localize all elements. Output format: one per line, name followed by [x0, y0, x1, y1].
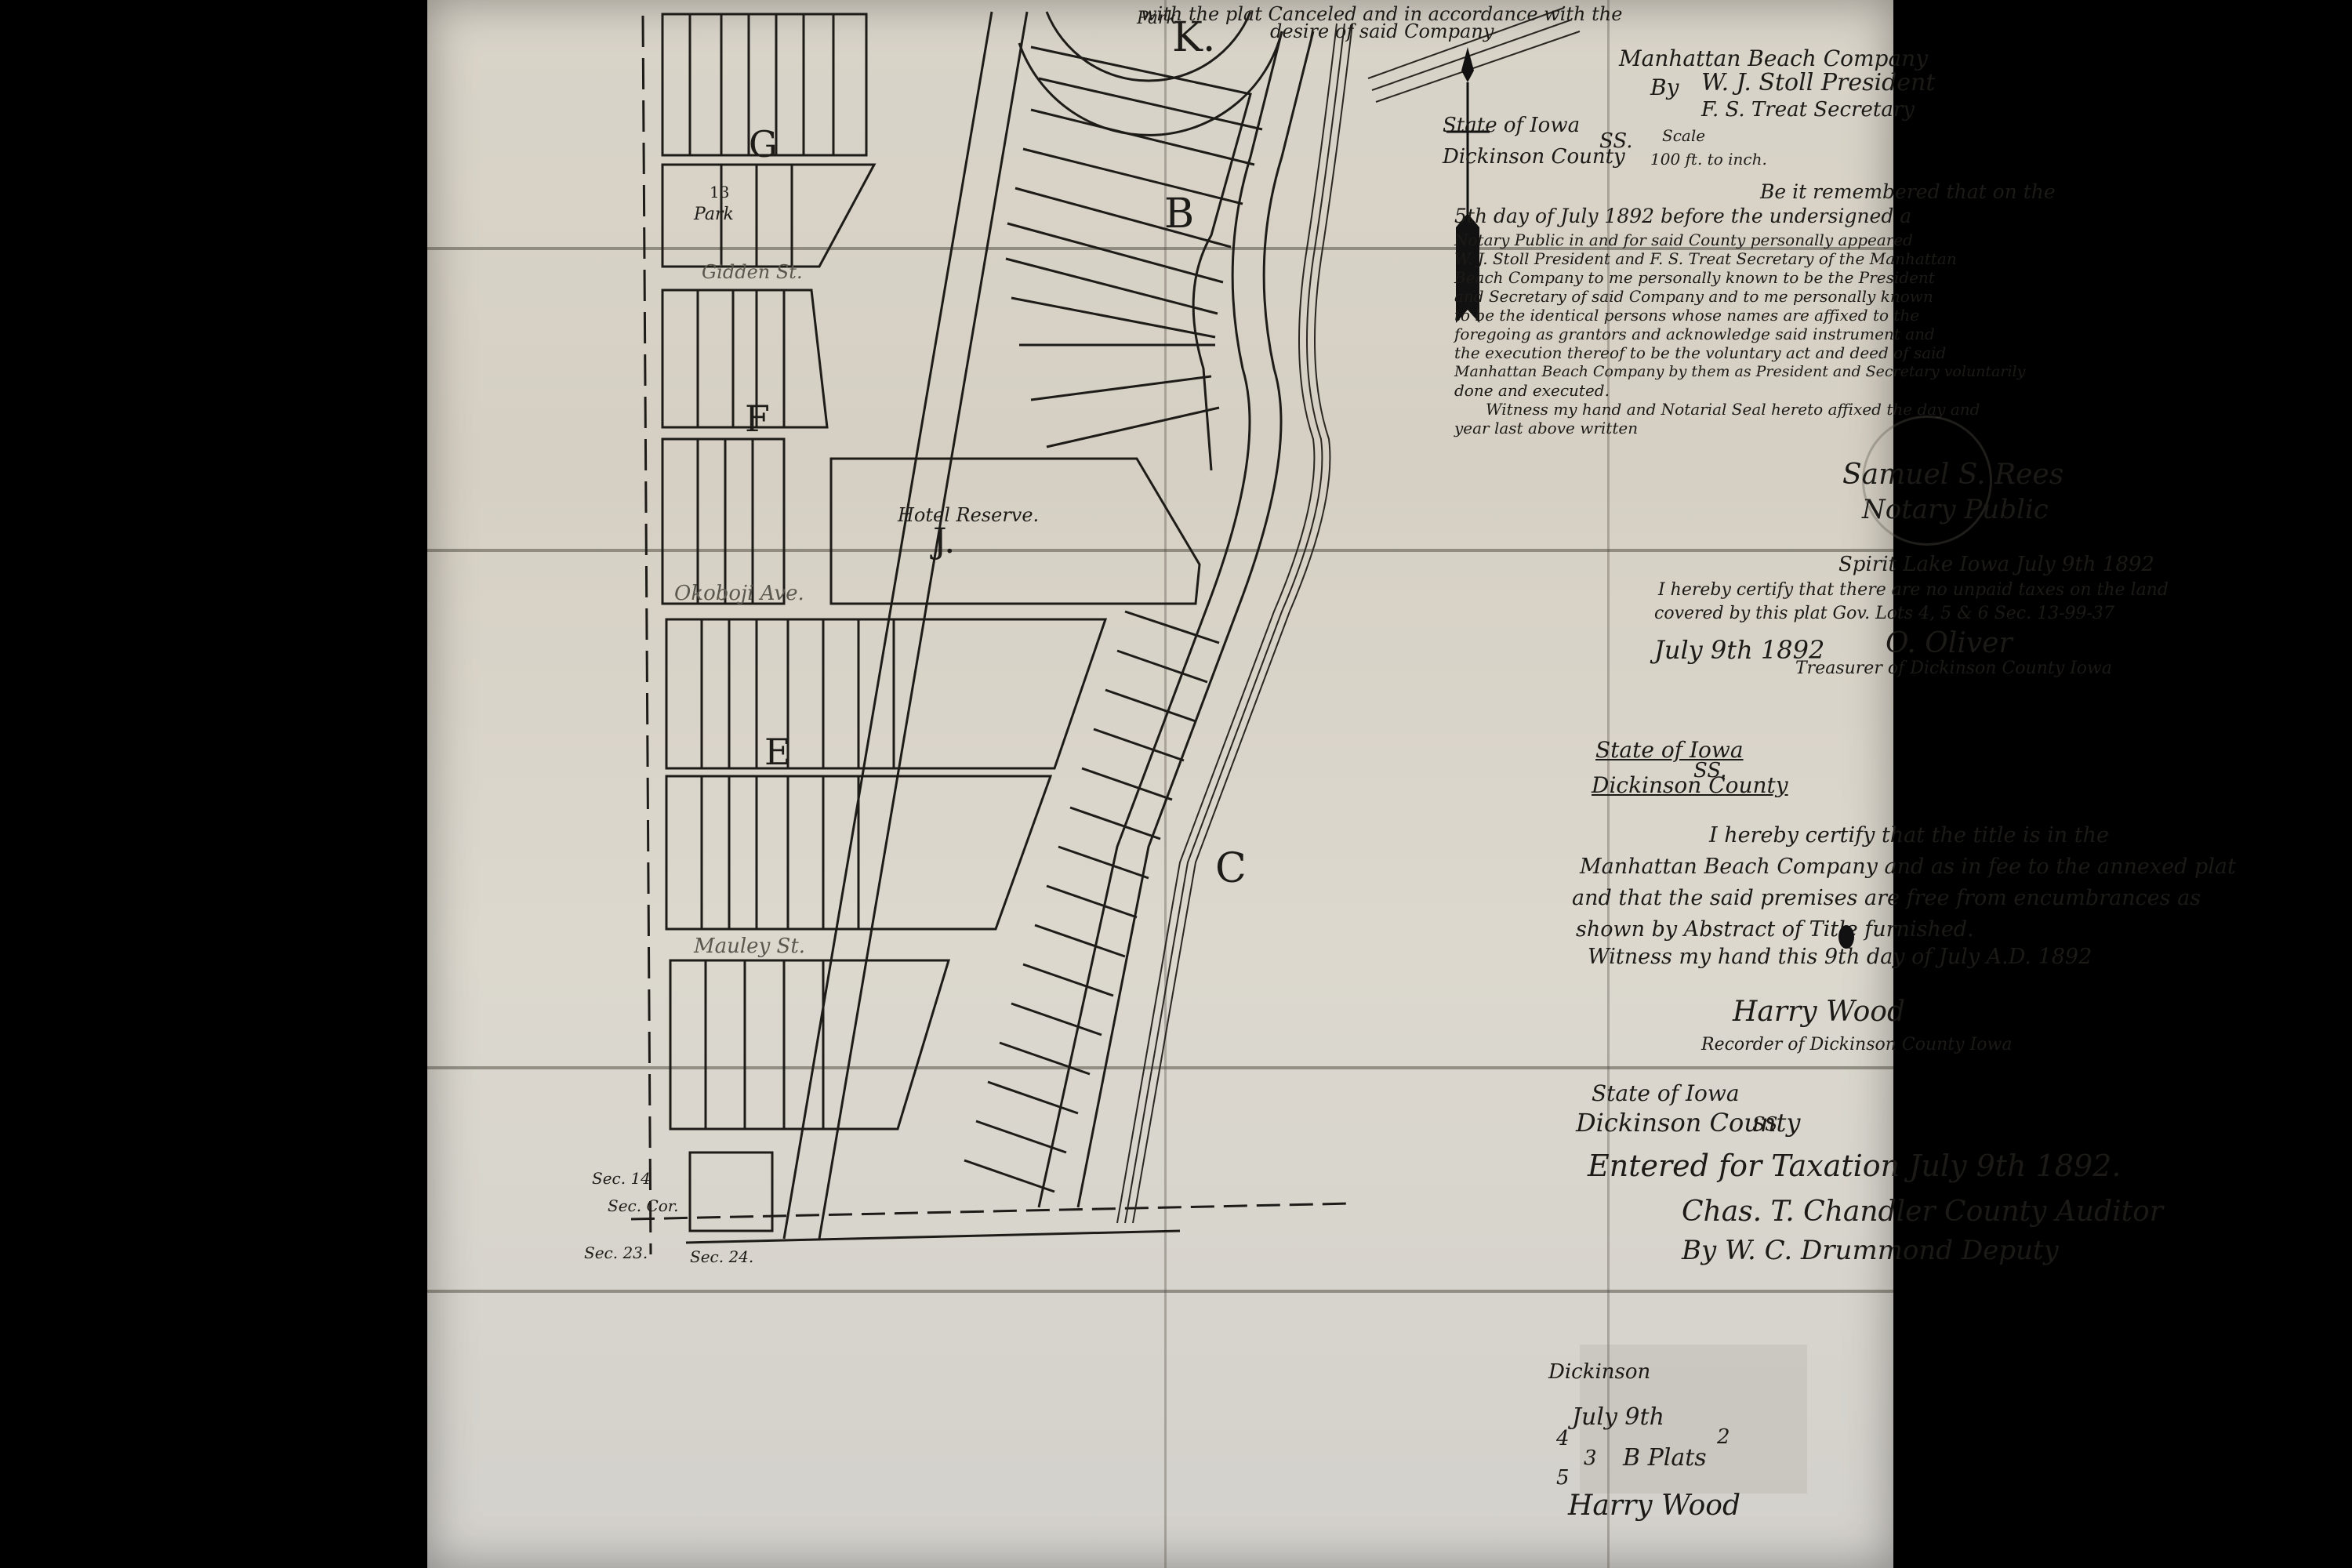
svg-text:Gidden St.: Gidden St.	[702, 261, 803, 283]
notary-title: Notary Public	[1862, 494, 2049, 525]
ack-line: and Secretary of said Company and to me …	[1454, 287, 2025, 306]
deputy-signature: By W. C. Drummond Deputy	[1682, 1235, 2059, 1266]
plat-document: K. Park. B C E F G J. Hotel Reserve. Par…	[427, 0, 1893, 1568]
recorder-title: Recorder of Dickinson County Iowa	[1701, 1035, 2012, 1054]
treasurer-signature: O. Oliver	[1886, 627, 2013, 659]
svg-text:Park: Park	[693, 205, 734, 224]
ack-opening: Be it remembered that on the	[1760, 180, 2056, 203]
notary-signature: Samuel S. Rees	[1842, 459, 2063, 491]
venue-state: State of Iowa	[1443, 114, 1580, 137]
filing-book: B Plats	[1623, 1444, 1707, 1472]
filing-date: July 9th	[1572, 1403, 1664, 1431]
svg-text:G: G	[749, 123, 778, 165]
entered-for-taxation: Entered for Taxation July 9th 1892.	[1588, 1149, 2121, 1183]
by-label: By	[1650, 74, 1679, 100]
svg-text:13: 13	[710, 183, 729, 201]
secretary-signature: F. S. Treat Secretary	[1701, 98, 1915, 122]
section-line	[643, 16, 651, 1254]
company-signature: Manhattan Beach Company	[1619, 45, 1928, 71]
recorder-line: shown by Abstract of Title furnished.	[1576, 917, 1974, 942]
ack-line: foregoing as grantors and acknowledge sa…	[1454, 325, 2025, 343]
auditor-venue-state: State of Iowa	[1592, 1080, 1740, 1106]
svg-text:Hotel Reserve.: Hotel Reserve.	[897, 504, 1039, 526]
ink-blot	[1838, 925, 1854, 949]
svg-text:Scale: Scale	[1662, 126, 1705, 145]
treasurer-title: Treasurer of Dickinson County Iowa	[1795, 659, 2112, 678]
margin-date: July 9th 1892	[1654, 635, 1824, 665]
venue-county: Dickinson County	[1443, 145, 1625, 169]
ack-line: Witness my hand and Notarial Seal hereto…	[1454, 400, 2025, 419]
filing-number: 5	[1556, 1466, 1570, 1490]
svg-text:C: C	[1215, 845, 1247, 892]
acknowledgment-body: 5th day of July 1892 before the undersig…	[1454, 202, 2025, 437]
svg-text:Sec. 24.: Sec. 24.	[690, 1247, 753, 1266]
svg-text:J.: J.	[930, 521, 955, 561]
ack-line: Notary Public in and for said County per…	[1454, 230, 2025, 249]
ack-line: Beach Company to me personally known to …	[1454, 268, 2025, 287]
recorder-line: Witness my hand this 9th day of July A.D…	[1588, 945, 2092, 969]
recorder-venue-county: Dickinson County	[1592, 772, 1788, 798]
president-signature: W. J. Stoll President	[1701, 69, 1935, 96]
svg-text:Sec. 23.: Sec. 23.	[584, 1243, 648, 1262]
owner-dedication-line: desire of said Company	[1270, 17, 1494, 45]
svg-text:100 ft. to inch.: 100 ft. to inch.	[1650, 150, 1767, 169]
ack-line: the execution thereof to be the voluntar…	[1454, 343, 2025, 362]
ss-mark: SS.	[1599, 129, 1633, 153]
ack-line: W. J. Stoll President and F. S. Treat Se…	[1454, 249, 2025, 268]
recorder-line: and that the said premises are free from…	[1572, 886, 2201, 910]
ack-line: Manhattan Beach Company by them as Presi…	[1454, 362, 2025, 381]
ack-line: to be the identical persons whose names …	[1454, 306, 2025, 325]
svg-text:E: E	[764, 731, 791, 773]
svg-text:B: B	[1164, 191, 1194, 238]
recorder-signature: Harry Wood	[1733, 996, 1905, 1028]
ss-mark: SS.	[1693, 759, 1727, 782]
svg-text:F: F	[745, 397, 770, 440]
filing-county: Dickinson	[1548, 1360, 1650, 1384]
svg-text:Sec. 14: Sec. 14	[592, 1169, 651, 1188]
ss-mark: SS	[1752, 1113, 1777, 1135]
ack-line: done and executed.	[1454, 381, 2025, 400]
auditor-signature: Chas. T. Chandler County Auditor	[1682, 1196, 2163, 1228]
svg-text:Okoboji Ave.: Okoboji Ave.	[674, 582, 804, 605]
ack-line: 5th day of July 1892 before the undersig…	[1454, 202, 2025, 230]
filing-signature: Harry Wood	[1568, 1490, 1740, 1522]
svg-text:Sec. Cor.: Sec. Cor.	[608, 1196, 679, 1215]
recorder-line: Manhattan Beach Company and as in fee to…	[1580, 855, 2236, 879]
svg-text:Mauley St.: Mauley St.	[693, 935, 805, 958]
filing-number: 4	[1556, 1427, 1570, 1450]
treasurer-place-date: Spirit Lake Iowa July 9th 1892	[1838, 553, 2154, 576]
recorder-opening: I hereby certify that the title is in th…	[1709, 823, 2109, 848]
treasurer-line: covered by this plat Gov. Lots 4, 5 & 6 …	[1654, 600, 2114, 628]
filing-number: 3	[1584, 1446, 1597, 1470]
filing-year-digit: 2	[1717, 1425, 1730, 1449]
